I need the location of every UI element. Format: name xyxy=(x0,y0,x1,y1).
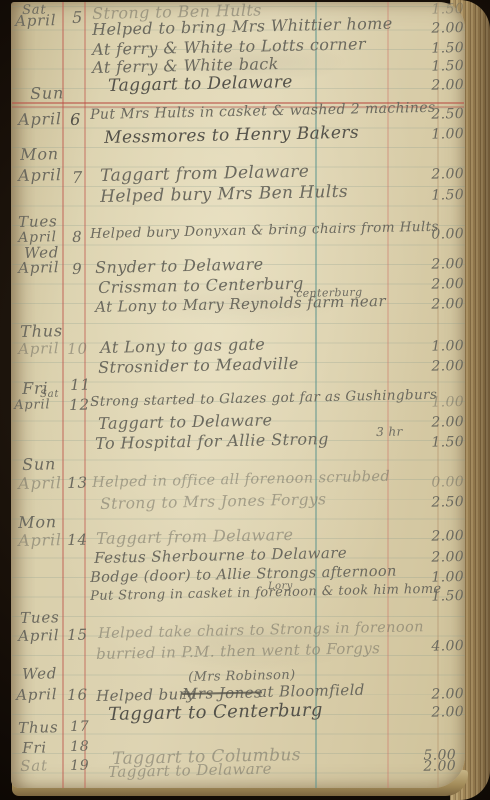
amount-value: 2.00 xyxy=(416,550,464,565)
day-of-week-label: April xyxy=(18,111,62,128)
date-number: 9 xyxy=(72,262,83,277)
amount-value: 2.00 xyxy=(416,297,464,312)
amount-value: 2.00 xyxy=(416,687,464,702)
amount-value: 2.50 xyxy=(416,107,464,122)
day-of-week-label: Mon xyxy=(18,514,57,531)
day-of-week-label: Tues xyxy=(18,214,58,230)
amount-value: 2.00 xyxy=(416,167,464,182)
entry-annotation: (Mrs Robinson) xyxy=(188,669,296,684)
day-of-week-label: Wed xyxy=(22,666,57,682)
ledger-entry-text: Taggart from Delaware xyxy=(100,164,309,185)
date-number: 14 xyxy=(67,533,88,548)
day-of-week-label: Tues xyxy=(20,610,60,626)
ledger-entry-text: Taggart to Delaware xyxy=(98,412,273,432)
amount-value: 2.00 xyxy=(416,415,464,430)
amount-value: 1.00 xyxy=(416,395,464,410)
amount-value: 4.00 xyxy=(416,639,464,654)
day-of-week-label: Thus xyxy=(18,720,59,736)
day-of-week-label: April xyxy=(18,532,62,549)
amount-value: 0.00 xyxy=(416,227,464,242)
date-number: 18 xyxy=(70,740,90,754)
amount-value: 2.00 xyxy=(412,759,456,774)
amount-value: 1.00 xyxy=(416,127,464,142)
date-number: 6 xyxy=(70,112,81,128)
amount-value: 1.50 xyxy=(416,435,464,450)
date-number: 19 xyxy=(70,759,90,773)
day-of-week-label: April xyxy=(18,260,60,276)
date-number: 8 xyxy=(72,230,83,245)
day-of-week-label: April xyxy=(18,167,62,184)
day-of-week-label: April xyxy=(18,341,60,357)
ledger-photo: SatAprilSunAprilMonAprilTuesAprilWedApri… xyxy=(0,0,490,800)
amount-value: 2.00 xyxy=(416,705,464,720)
entry-annotation: centerburg xyxy=(296,287,363,299)
amount-value: 2.50 xyxy=(416,495,464,510)
amount-value: 2.00 xyxy=(416,277,464,292)
amount-value: 1.50 xyxy=(416,2,464,17)
day-of-week-label: April xyxy=(18,628,60,644)
day-of-week-label: April xyxy=(15,13,57,29)
entry-annotation: Lory xyxy=(268,581,293,592)
ledger-entry-text: Taggart to Centerburg xyxy=(108,702,323,724)
amount-value: 0.00 xyxy=(416,475,464,490)
amount-value: 1.50 xyxy=(416,589,464,604)
amount-value: 2.00 xyxy=(416,78,464,93)
day-of-week-label: Sat xyxy=(20,758,48,774)
left-margin-red-rule xyxy=(62,2,64,788)
ledger-entry-text: Helped bury xyxy=(96,687,195,704)
date-number: 16 xyxy=(67,688,88,703)
ledger-entry-text: Taggart to Delaware xyxy=(108,74,293,95)
date-number: 13 xyxy=(67,476,88,491)
day-of-week-label: Sun xyxy=(22,456,56,473)
ledger-entry-text: Mrs Jones xyxy=(182,685,262,702)
amount-value: 2.00 xyxy=(416,359,464,374)
date-number: 7 xyxy=(72,170,83,186)
amount-value: 1.00 xyxy=(416,339,464,354)
ledger-entry-text: Taggart from Delaware xyxy=(96,527,294,547)
date-number: 5 xyxy=(72,10,83,26)
amount-value: 1.50 xyxy=(416,41,464,56)
amount-value: 1.00 xyxy=(416,570,464,585)
date-number: 10 xyxy=(67,342,88,357)
ledger-entry-text: Taggart to Delaware xyxy=(108,762,272,780)
date-number: 12 xyxy=(69,398,90,413)
day-of-week-label: April xyxy=(18,475,62,492)
amount-value: 2.00 xyxy=(416,529,464,544)
ledger-entry-text: Strosnider to Meadville xyxy=(98,356,299,376)
amount-value: 1.50 xyxy=(416,59,464,74)
day-of-week-label: Thus xyxy=(20,323,63,340)
entry-annotation: 3 hr xyxy=(376,425,403,438)
day-of-week-label: Mon xyxy=(20,146,59,163)
date-number: 15 xyxy=(67,628,88,643)
date-number: 17 xyxy=(70,720,90,734)
day-of-week-label: April xyxy=(14,398,51,412)
amount-value: 2.00 xyxy=(416,21,464,36)
ledger-entry-text: Snyder to Delaware xyxy=(95,256,264,276)
day-of-week-label: April xyxy=(16,687,58,703)
ledger-entry-text: Crissman to Centerburg xyxy=(98,276,304,296)
day-of-week-label: Sun xyxy=(30,85,64,102)
ledger-entry-text: At Lony to gas gate xyxy=(100,337,265,356)
date-number: 11 xyxy=(70,378,91,393)
amount-value: 1.50 xyxy=(416,188,464,203)
day-of-week-label: Fri xyxy=(22,740,47,756)
ledger-entry-text: at Bloomfield xyxy=(258,683,365,700)
amount-value: 2.00 xyxy=(416,257,464,272)
